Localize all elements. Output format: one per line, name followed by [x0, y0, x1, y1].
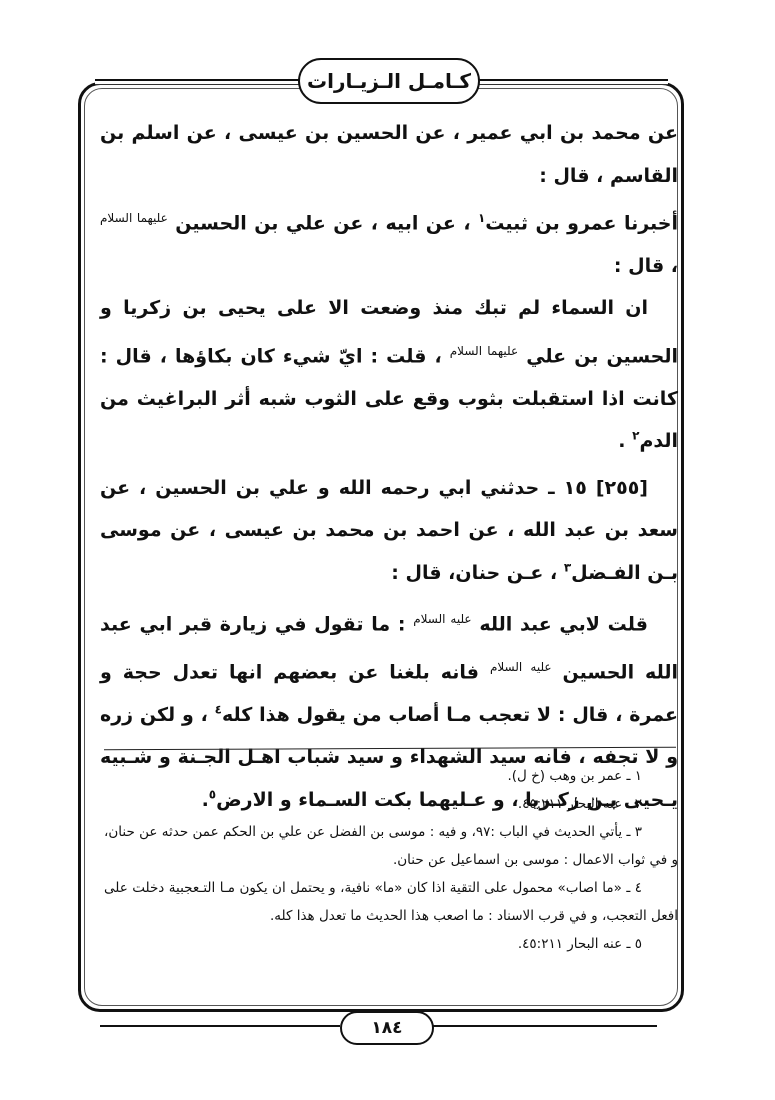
footnote-4: ٤ ـ «ما اصاب» محمول على التقية اذا كان «… — [104, 874, 678, 930]
book-title: كـامـل الـزيـارات — [307, 69, 471, 93]
paragraph-hadith-255: [٢٥٥] ١٥ ـ حدثني ابي رحمه الله و علي بن … — [100, 467, 678, 595]
footnote-3: ٣ ـ يأتي الحديث في الباب :٩٧، و فيه : مو… — [104, 818, 678, 874]
honorific-glyph: عليهما السلام — [100, 211, 168, 225]
text-line: عن محمد بن ابي عمير ، عن الحسين بن عيسى … — [100, 122, 678, 187]
hadith-number: [٢٥٥] ١٥ — [564, 477, 648, 499]
header-rule-right — [478, 79, 668, 85]
text-run: ، عـن حنان، قال : — [391, 562, 564, 584]
honorific-glyph: عليهما السلام — [450, 344, 518, 358]
footnote-5: ٥ ـ عنه البحار ٤٥:٢١١. — [104, 930, 678, 958]
page-number-badge: ١٨٤ — [340, 1011, 434, 1045]
honorific-glyph: عليه السلام — [490, 660, 552, 674]
footnote-2: ٢ ـ عنه البحار ٤٥:٢١١. — [104, 790, 678, 818]
text-line: ، عن ابيه ، عن علي بن الحسين — [175, 212, 478, 234]
footer-rule-left — [100, 1025, 340, 1027]
honorific-glyph: عليه السلام — [413, 612, 471, 626]
header-rule-left — [95, 79, 300, 85]
footnote-1: ١ ـ عمر بن وهب (خ ل). — [104, 762, 678, 790]
text-line: أخبرنا عمرو بن ثبيت — [485, 212, 678, 234]
footnote-marker-4[interactable]: ٤ — [215, 702, 222, 716]
running-header: كـامـل الـزيـارات — [298, 58, 480, 104]
text-run: . — [618, 430, 632, 452]
footer-rule-right — [432, 1025, 657, 1027]
footnotes: ١ ـ عمر بن وهب (خ ل). ٢ ـ عنه البحار ٤٥:… — [104, 762, 678, 958]
page-number: ١٨٤ — [371, 1018, 402, 1038]
text-run: قلت لابي عبد الله — [479, 613, 648, 635]
paragraph-isnad: عن محمد بن ابي عمير ، عن الحسين بن عيسى … — [100, 112, 678, 287]
main-text: عن محمد بن ابي عمير ، عن الحسين بن عيسى … — [100, 112, 678, 821]
paragraph-narration-1: ان السماء لم تبك منذ وضعت الا على يحيى ب… — [100, 287, 678, 462]
text-line: ، قال : — [614, 255, 678, 277]
